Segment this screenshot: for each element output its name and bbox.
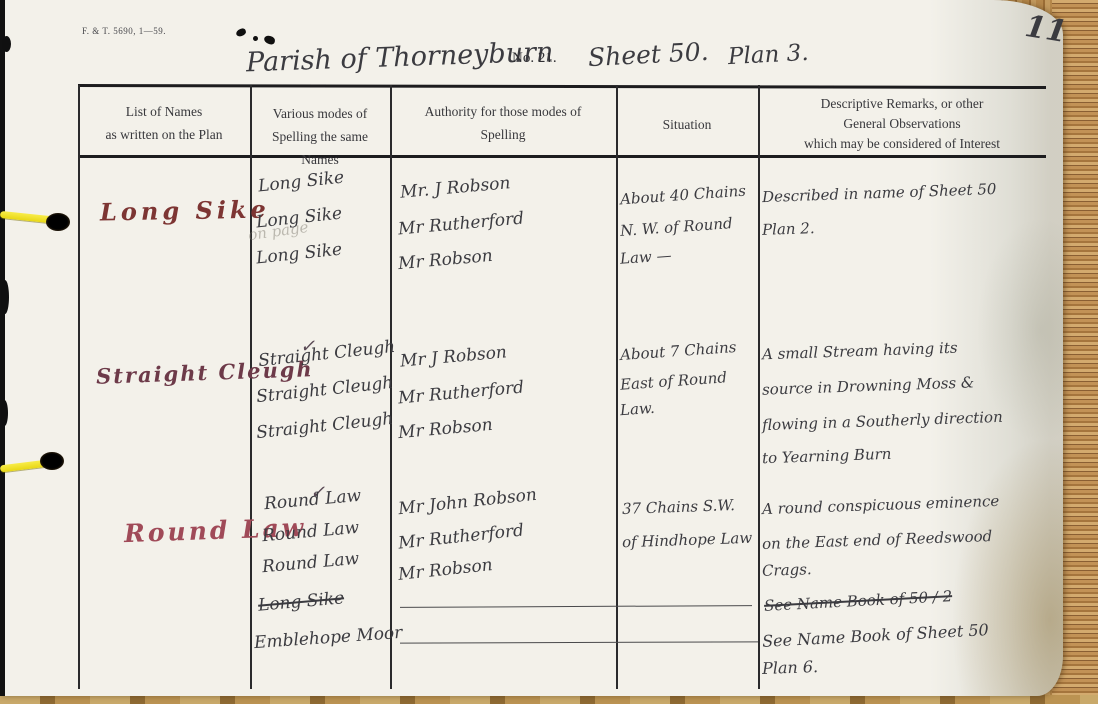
authority-line: Mr Rutherford <box>397 378 524 409</box>
column-header-line: Descriptive Remarks, or other <box>760 94 1044 114</box>
authority-line: Mr Robson <box>397 246 493 274</box>
column-header-line: which may be considered of Interest <box>760 134 1044 154</box>
spelling-line: Round Law <box>263 486 362 514</box>
form-reference: F. & T. 5690, 1—59. <box>82 26 166 36</box>
entry-name: Long Sike <box>100 195 270 227</box>
remark-line: source in Drowning Moss & <box>762 373 975 398</box>
column-header-names: List of Names as written on the Plan <box>80 100 248 146</box>
remark-line: A round conspicuous eminence <box>762 492 1000 518</box>
ink-blot <box>253 36 258 41</box>
remark-line: Plan 2. <box>762 219 815 239</box>
sheet-number-script: Sheet 50. <box>587 37 709 72</box>
situation-line: of Hindhope Law <box>622 529 753 552</box>
ink-blot <box>1 280 9 314</box>
remark-line: flowing in a Southerly direction <box>762 408 1003 434</box>
column-divider <box>250 85 252 689</box>
plan-number-script: Plan 3. <box>727 40 809 70</box>
binding-hole <box>40 452 64 470</box>
ink-blot <box>263 35 276 46</box>
column-header-line: Various modes of <box>252 102 388 125</box>
column-header-line: as written on the Plan <box>80 123 248 146</box>
column-header-line: Spelling the same Names <box>252 125 388 171</box>
column-header-spelling: Various modes of Spelling the same Names <box>252 102 388 171</box>
moor-remark-line: Plan 6. <box>762 657 819 678</box>
column-header-line: Situation <box>618 113 756 136</box>
blank-entry-rule <box>400 641 758 643</box>
situation-line: East of Round <box>620 368 728 393</box>
column-header-line: Spelling <box>392 123 614 146</box>
situation-line: N. W. of Round <box>620 214 734 240</box>
table-header-rule <box>78 155 1046 158</box>
spelling-line: Straight Cleugh <box>257 337 396 371</box>
column-header-line: General Observations <box>760 114 1044 134</box>
situation-line: Law — <box>619 246 672 268</box>
parish-title-script: Parish of Thorneyburn <box>246 37 554 79</box>
column-header-remarks: Descriptive Remarks, or other General Ob… <box>760 94 1044 154</box>
remark-line: on the East end of Reedswood <box>762 527 993 553</box>
authority-line: Mr. J Robson <box>399 173 511 203</box>
authority-line: Mr John Robson <box>397 485 537 519</box>
binding-hole <box>46 213 70 231</box>
ink-blot <box>1 400 8 426</box>
spelling-line: Straight Cleugh <box>255 409 394 443</box>
column-header-line: List of Names <box>80 100 248 123</box>
table-left-line <box>78 85 80 689</box>
authority-line: Mr Robson <box>397 555 493 585</box>
column-header-authority: Authority for those modes of Spelling <box>392 100 614 146</box>
situation-line: About 40 Chains <box>620 182 747 209</box>
remark-line: Described in name of Sheet 50 <box>762 180 997 206</box>
authority-line: Mr Robson <box>397 415 493 443</box>
situation-line: 37 Chains S.W. <box>622 496 735 518</box>
scanned-name-book-page: F. & T. 5690, 1—59. Parish of Thorneybur… <box>0 0 1098 704</box>
table-top-rule <box>78 84 1046 89</box>
column-header-situation: Situation <box>618 113 756 136</box>
spelling-line: Round Law <box>261 549 360 577</box>
column-header-line: Authority for those modes of <box>392 100 614 123</box>
column-divider <box>616 85 618 689</box>
spelling-line: Long Sike <box>255 240 343 269</box>
blank-entry-rule <box>400 605 752 608</box>
authority-line: Mr J Robson <box>399 342 507 371</box>
remark-line: to Yearning Burn <box>762 445 892 468</box>
page-number: 11 <box>1023 9 1070 50</box>
column-divider <box>758 85 760 689</box>
authority-line: Mr Rutherford <box>397 209 524 240</box>
struck-spelling: Long Sike <box>257 588 345 615</box>
book-number: No. 21. <box>512 50 557 67</box>
ink-blot <box>2 36 11 52</box>
ink-blot <box>235 28 247 38</box>
moor-remark-line: See Name Book of Sheet 50 <box>762 620 989 651</box>
spelling-line: Long Sike <box>257 168 345 197</box>
situation-line: Law. <box>619 399 655 419</box>
remark-line: Crags. <box>762 560 812 580</box>
struck-remark: See Name Book of 50 / 2 <box>764 587 953 615</box>
document-page: F. & T. 5690, 1—59. Parish of Thorneybur… <box>0 0 1063 696</box>
desk-edge <box>0 695 1098 704</box>
situation-line: About 7 Chains <box>620 338 737 364</box>
remark-line: A small Stream having its <box>762 339 958 364</box>
authority-line: Mr Rutherford <box>397 520 525 553</box>
scan-left-edge <box>0 0 5 696</box>
moor-spelling: Emblehope Moor <box>253 623 402 653</box>
